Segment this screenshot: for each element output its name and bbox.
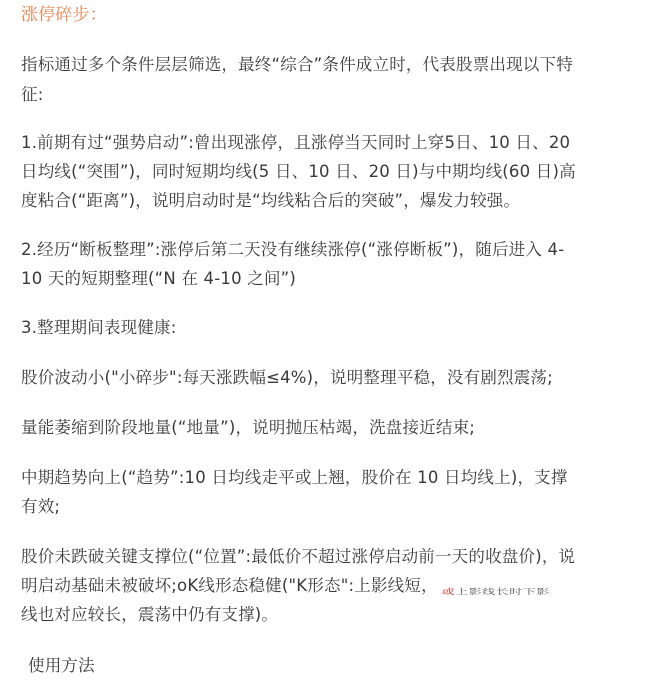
section3-point-support-line-2: 明启动基础未被破坏;oK线形态稳健("K形态":上影线短，或上影线长时下影: [21, 576, 550, 598]
article-page: 涨停碎步： 指标通过多个条件层层筛选，最终“综合”条件成立时，代表股票出现以下特…: [0, 0, 659, 689]
section3-point-volume: 量能萎缩到阶段地量(“地量”)，说明抛压枯竭，洗盘接近结束;: [21, 418, 475, 438]
section3-point-trend-line-2: 有效;: [21, 497, 60, 517]
intro-line-1: 指标通过多个条件层层筛选，最终“综合”条件成立时，代表股票出现以下特: [21, 55, 573, 75]
overlay-mark: 或: [442, 588, 456, 596]
overlay-rest: 上影线长时下影: [455, 588, 550, 596]
section3-point-volatility: 股价波动小("小碎步":每天涨跌幅≤4%)，说明整理平稳，没有剧烈震荡;: [21, 368, 553, 388]
article-title: 涨停碎步：: [21, 5, 107, 25]
section3-heading: 3.整理期间表现健康:: [21, 318, 177, 338]
section2-line-1: 2.经历“断板整理”:涨停后第二天没有继续涨停(“涨停断板”)，随后进入 4-: [21, 240, 564, 260]
intro-line-2: 征:: [21, 85, 43, 105]
section3-point-support-line-1: 股价未跌破关键支撑位(“位置”:最低价不超过涨停启动前一天的收盘价)，说: [21, 547, 575, 567]
clipped-overlay-text: 或上影线长时下影: [442, 587, 550, 598]
support-line-2-text: 明启动基础未被破坏;oK线形态稳健("K形态":上影线短，: [21, 576, 438, 595]
section2-line-2: 10 天的短期整理(“N 在 4-10 之间”): [21, 269, 296, 289]
section3-point-support-line-3: 线也对应较长，震荡中仍有支撑)。: [21, 605, 278, 625]
section1-line-1: 1.前期有过“强势启动”:曾出现涨停，且涨停当天同时上穿5日、10 日、20: [21, 133, 570, 153]
usage-heading: 使用方法: [28, 656, 95, 676]
section1-line-2: 日均线(“突围”)，同时短期均线(5 日、10 日、20 日)与中期均线(60 …: [21, 162, 576, 182]
section3-point-trend-line-1: 中期趋势向上(“趋势”:10 日均线走平或上翘，股价在 10 日均线上)，支撑: [21, 468, 568, 488]
section1-line-3: 度粘合(“距离”)，说明启动时是“均线粘合后的突破”，爆发力较强。: [21, 191, 520, 211]
